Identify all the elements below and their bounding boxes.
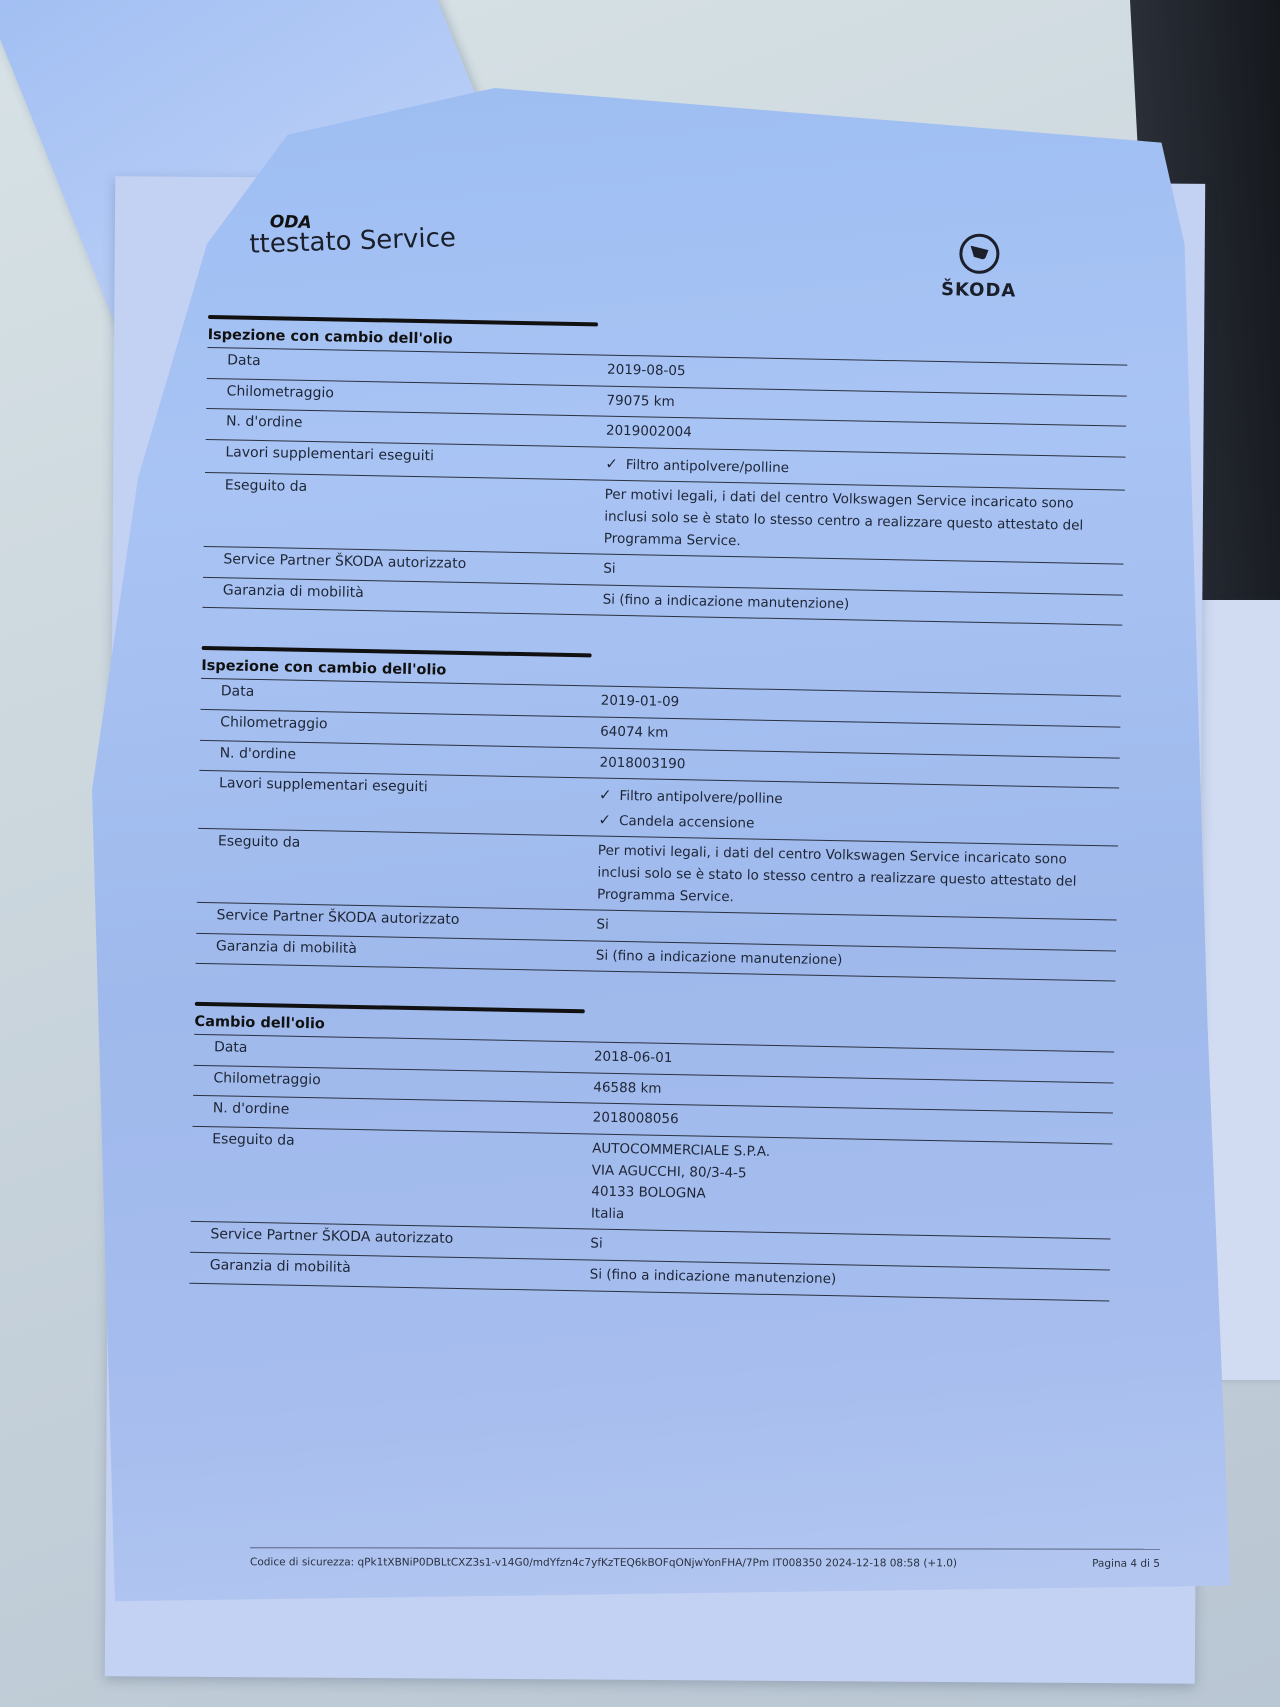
document-header: ODA ttestato Service ŠKODA — [208, 215, 1130, 323]
row-value: 2019-01-09 — [601, 691, 1121, 723]
skoda-arrow-icon — [959, 233, 1000, 274]
check-item: ✓Filtro antipolvere/polline — [605, 451, 1125, 486]
row-value: Si — [596, 915, 1116, 947]
document-title: ttestato Service — [249, 223, 456, 260]
section-rule — [202, 646, 592, 657]
row-value-cell: ✓Filtro antipolvere/polline✓Candela acce… — [598, 779, 1119, 846]
service-section: Ispezione con cambio dell'olioData2019-0… — [196, 646, 1122, 982]
row-value: 79075 km — [606, 390, 1126, 422]
section-rule — [195, 1002, 585, 1013]
checkmark-icon: ✓ — [599, 786, 612, 804]
row-value: 46588 km — [593, 1077, 1113, 1109]
row-value-cell: Per motivi legali, i dati del centro Vol… — [597, 837, 1118, 920]
row-value: 64074 km — [600, 722, 1120, 754]
row-value: Si (fino a indicazione manutenzione) — [602, 589, 1122, 621]
row-label: Garanzia di mobilità — [202, 578, 602, 615]
row-value: 2018-06-01 — [594, 1047, 1114, 1079]
row-value: 2019002004 — [606, 421, 1126, 453]
row-value: Si (fino a indicazione manutenzione) — [596, 945, 1116, 977]
row-value-cell: Per motivi legali, i dati del centro Vol… — [604, 481, 1125, 564]
service-sections: Ispezione con cambio dell'olioData2019-0… — [189, 315, 1127, 1301]
skoda-logo: ŠKODA — [919, 233, 1040, 302]
service-section: Ispezione con cambio dell'olioData2019-0… — [202, 315, 1127, 626]
service-section: Cambio dell'olioData2018-06-01Chilometra… — [189, 1002, 1114, 1301]
row-label: Garanzia di mobilità — [196, 934, 596, 971]
checkmark-icon: ✓ — [605, 454, 618, 472]
document-footer: Codice di sicurezza: qPk1tXBNiP0DBLtCXZ3… — [250, 1547, 1160, 1570]
row-value: Si — [590, 1234, 1110, 1266]
row-label: Eseguito da — [197, 829, 598, 909]
row-label: Garanzia di mobilità — [190, 1253, 590, 1290]
page-number: Pagina 4 di 5 — [1092, 1558, 1160, 1570]
row-value: Si (fino a indicazione manutenzione) — [590, 1265, 1110, 1297]
row-label: Eseguito da — [191, 1127, 593, 1229]
security-code: Codice di sicurezza: qPk1tXBNiP0DBLtCXZ3… — [250, 1556, 957, 1569]
document-content: ODA ttestato Service ŠKODA Ispezione con… — [189, 215, 1130, 1339]
row-value: Si — [603, 559, 1123, 591]
logo-text: ŠKODA — [919, 279, 1039, 302]
table-row: Eseguito daAUTOCOMMERCIALE S.P.A.VIA AGU… — [191, 1127, 1113, 1240]
row-value: 2019-08-05 — [607, 360, 1127, 392]
row-label: Lavori supplementari eseguiti — [198, 771, 599, 836]
row-value: 2018008056 — [593, 1108, 1113, 1140]
section-rule — [208, 315, 598, 326]
row-value: 2018003190 — [599, 752, 1119, 784]
row-label: Eseguito da — [204, 473, 605, 553]
checkmark-icon: ✓ — [598, 810, 611, 828]
row-value-cell: AUTOCOMMERCIALE S.P.A.VIA AGUCCHI, 80/3-… — [591, 1135, 1113, 1239]
